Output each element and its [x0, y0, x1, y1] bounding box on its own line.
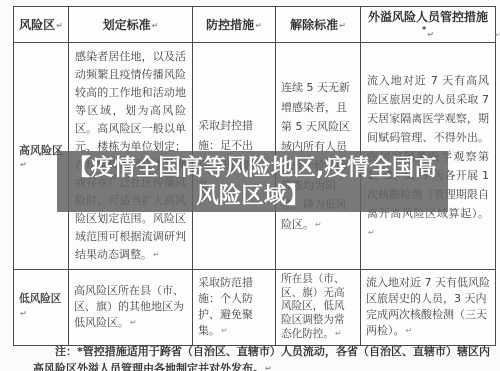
linebreak-mark: ↵ [20, 160, 27, 169]
header-release-criteria: 解除标准↵ [276, 7, 361, 43]
cell-low-risk-zone: 低风险区↵ [14, 270, 69, 346]
cell-low-risk-spillover: 流入地对近 7 天有低风险区旅居史的人员，3 天内完成两次核酸检测（三天两检）。… [361, 270, 496, 346]
linebreak-mark: ↵ [368, 228, 375, 237]
linebreak-mark: ↵ [265, 364, 272, 371]
linebreak-mark: ↵ [255, 21, 262, 30]
watermark-overlay: 【疫情全国高等风险地区,疫情全国高 风险区域】 [57, 151, 448, 212]
header-designation-criteria-label: 划定标准 [103, 18, 151, 32]
cell-low-risk-release: 所在县（市、区、旗）无高风险区，低风险区调整为常态化防控。↵ [276, 270, 361, 346]
asterisk-superscript: * [422, 25, 426, 34]
header-risk-zone: 风险区↵ [14, 7, 69, 43]
linebreak-mark: ↵ [56, 21, 63, 30]
linebreak-mark: ↵ [335, 329, 342, 338]
watermark-text-line1: 【疫情全国高等风险地区,疫情全国高 [68, 154, 437, 182]
header-spillover-measures-label: 外溢风险人员管控措施 [368, 10, 488, 24]
table-header-row: 风险区↵ 划定标准↵ 防控措施↵ 解除标准↵ 外溢风险人员管控措施*↵ [14, 7, 496, 43]
low-risk-zone-label: 低风险区 [19, 293, 61, 305]
linebreak-mark: ↵ [427, 30, 434, 39]
header-control-measures-label: 防控措施 [206, 18, 254, 32]
footnote-prefix: 注： [55, 345, 77, 358]
linebreak-mark: ↵ [221, 326, 228, 335]
header-designation-criteria: 划定标准↵ [69, 7, 193, 43]
watermark-text-line2: 风险区域】 [196, 182, 309, 210]
cell-low-risk-criteria: 高风险区所在县（市、区、旗）的其他地区为低风险区。↵ [69, 270, 193, 346]
header-risk-zone-label: 风险区 [19, 18, 55, 32]
linebreak-mark: ↵ [153, 250, 160, 259]
linebreak-mark: ↵ [315, 220, 322, 229]
header-spillover-measures: 外溢风险人员管控措施*↵ [361, 7, 496, 43]
linebreak-mark: ↵ [20, 309, 27, 318]
paragraph-anchor-mark: ↵ [495, 31, 500, 39]
low-risk-spillover-text: 流入地对近 7 天有低风险区旅居史的人员，3 天内完成两次核酸检测（三天两检）。 [366, 276, 490, 337]
linebreak-mark: ↵ [130, 318, 137, 327]
table-row-low-risk: 低风险区↵ 高风险区所在县（市、区、旗）的其他地区为低风险区。↵ 采取防范措施：… [14, 270, 496, 346]
linebreak-mark: ↵ [339, 21, 346, 30]
linebreak-mark: ↵ [152, 21, 159, 30]
footnote: 注：*管控措施适用于跨省（自治区、直辖市）人员流动，各省（自治区、直辖市）辖区内… [33, 344, 490, 371]
low-risk-criteria-text: 高风险区所在县（市、区、旗）的其他地区为低风险区。 [74, 284, 184, 329]
linebreak-mark: ↵ [406, 326, 413, 335]
header-release-criteria-label: 解除标准 [290, 18, 338, 32]
footnote-text: *管控措施适用于跨省（自治区、直辖市）人员流动，各省（自治区、直辖市）辖区内高风… [33, 345, 490, 371]
header-control-measures: 防控措施↵ [193, 7, 276, 43]
cell-low-risk-measures: 采取防范措施：个人防护、避免聚集。↵ [193, 270, 276, 346]
